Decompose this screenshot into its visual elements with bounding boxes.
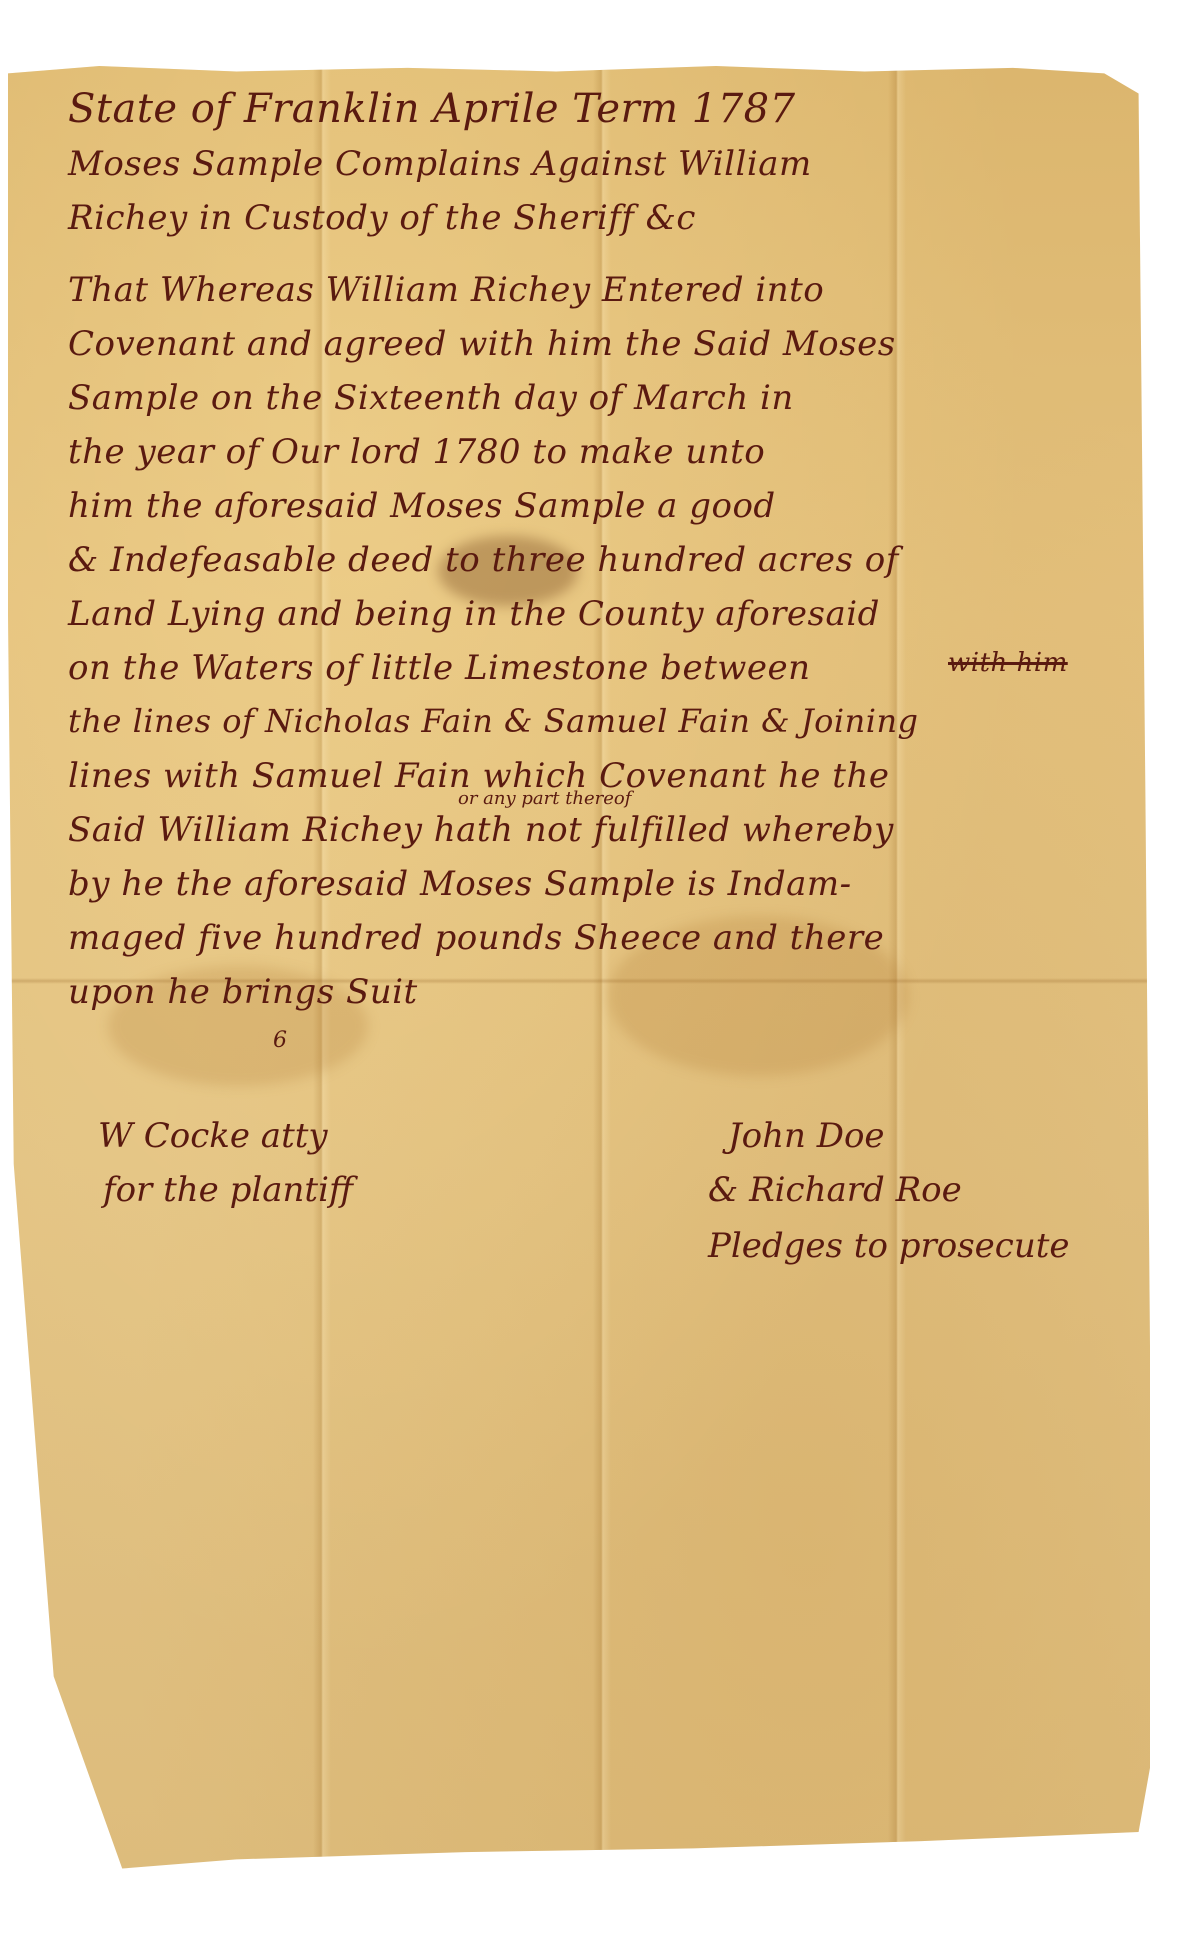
body-line: him the aforesaid Moses Sample a good [68, 486, 776, 526]
ink-mark [974, 1866, 1002, 1902]
marginal-mark: 6 [273, 1028, 287, 1053]
body-line: Land Lying and being in the County afore… [68, 594, 880, 634]
body-line: Sample on the Sixteenth day of March in [68, 378, 794, 418]
body-line: Said William Richey hath not fulfilled w… [68, 810, 894, 850]
body-line: the year of Our lord 1780 to make unto [68, 432, 765, 472]
body-line: That Whereas William Richey Entered into [68, 270, 824, 310]
body-line: on the Waters of little Limestone betwee… [68, 648, 810, 688]
pledges-label: Pledges to prosecute [708, 1226, 1070, 1266]
heading-line-1: State of Franklin Aprile Term 1787 [68, 86, 796, 132]
body-line: by he the aforesaid Moses Sample is Inda… [68, 864, 852, 904]
heading-line-2: Moses Sample Complains Against William [68, 144, 812, 184]
attorney-signature: W Cocke atty [98, 1116, 328, 1156]
pledge-name-2: & Richard Roe [708, 1170, 962, 1210]
interlineation: or any part thereof [458, 788, 631, 809]
body-line: & Indefeasable deed to three hundred acr… [68, 540, 899, 580]
pledge-name-1: John Doe [728, 1116, 885, 1156]
document-paper: State of Franklin Aprile Term 1787 Moses… [8, 66, 1150, 1896]
body-line: Covenant and agreed with him the Said Mo… [68, 324, 896, 364]
body-line: upon he brings Suit [68, 972, 418, 1012]
struck-text: with him [948, 648, 1068, 678]
body-line: maged five hundred pounds Sheece and the… [68, 918, 884, 958]
body-line: the lines of Nicholas Fain & Samuel Fain… [68, 702, 919, 740]
heading-line-3: Richey in Custody of the Sheriff &c [68, 198, 696, 238]
attorney-role: for the plantiff [103, 1170, 353, 1210]
